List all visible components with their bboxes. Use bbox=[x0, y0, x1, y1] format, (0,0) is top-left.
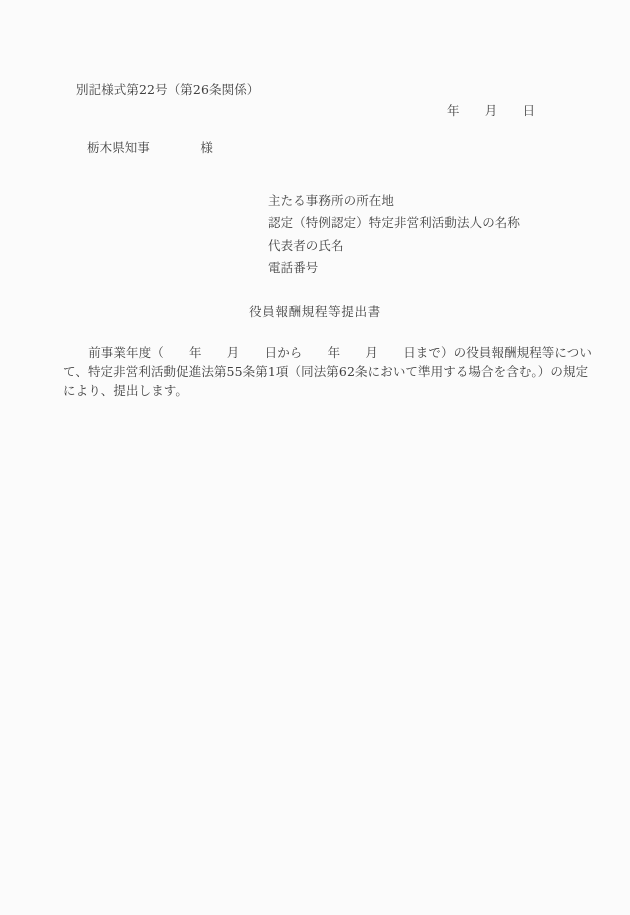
sender-info-block: 主たる事務所の所在地 認定（特例認定）特定非営利活動法人の名称 代表者の氏名 電… bbox=[268, 190, 520, 279]
addressee-line: 栃木県知事 様 bbox=[87, 141, 213, 155]
sender-field-representative-name: 代表者の氏名 bbox=[268, 235, 520, 257]
body-line-1: 前事業年度（ 年 月 日から 年 月 日まで）の役員報酬規程等につい bbox=[63, 344, 583, 363]
body-paragraph: 前事業年度（ 年 月 日から 年 月 日まで）の役員報酬規程等につい て、特定非… bbox=[63, 344, 583, 400]
form-number-label: 別記様式第22号（第26条関係） bbox=[76, 83, 259, 97]
sender-field-corporation-name: 認定（特例認定）特定非営利活動法人の名称 bbox=[268, 212, 520, 234]
document-page: 別記様式第22号（第26条関係） 年 月 日 栃木県知事 様 主たる事務所の所在… bbox=[0, 0, 630, 915]
body-line-3: により、提出します。 bbox=[63, 382, 583, 401]
sender-field-office-address: 主たる事務所の所在地 bbox=[268, 190, 520, 212]
date-blank-line: 年 月 日 bbox=[447, 104, 535, 118]
document-title: 役員報酬規程等提出書 bbox=[0, 305, 630, 319]
sender-field-phone-number: 電話番号 bbox=[268, 257, 520, 279]
body-line-2: て、特定非営利活動促進法第55条第1項（同法第62条において準用する場合を含む。… bbox=[63, 363, 583, 382]
